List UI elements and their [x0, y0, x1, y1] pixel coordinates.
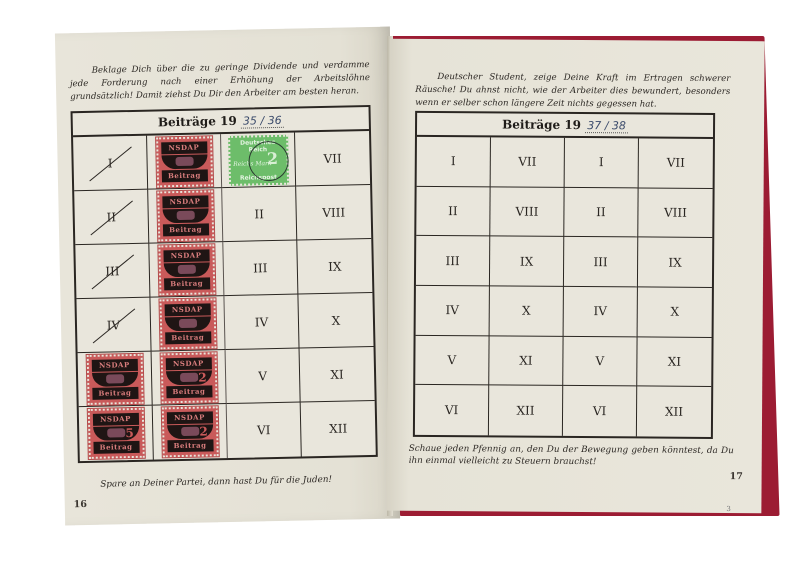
stamp-top-label: NSDAP [164, 303, 210, 316]
month-label: XI [668, 355, 681, 369]
month-cell: NSDAPBeitrag [78, 352, 153, 408]
stamp-value: 5 [125, 426, 134, 440]
nsdap-dues-stamp: NSDAPBeitrag5 [87, 408, 144, 459]
month-cell: I [565, 138, 639, 188]
month-cell: II [416, 187, 490, 237]
month-cell: III [75, 244, 150, 300]
stamp-cell: NSDAPBeitrag [150, 296, 225, 352]
page-number: 17 [730, 471, 743, 482]
month-label: V [448, 353, 457, 367]
month-label: I [599, 155, 604, 169]
month-label: II [448, 204, 458, 218]
month-label: III [445, 254, 459, 268]
month-label: VI [445, 403, 459, 417]
right-outro-text: Schaue jeden Pfennig an, den Du der Bewe… [409, 443, 734, 469]
stamp-top-label: NSDAP [166, 411, 212, 424]
contributions-grid: INSDAPBeitragDeutsches ReichReichs MarkR… [73, 131, 376, 461]
stamp-bottom-label: Beitrag [165, 331, 211, 344]
month-label: III [253, 261, 268, 275]
month-label: V [258, 369, 267, 383]
month-label: XII [329, 422, 347, 436]
month-label: X [522, 304, 531, 318]
month-label: X [670, 305, 679, 319]
month-label: III [593, 255, 607, 269]
stamp-top-label: NSDAP [165, 357, 211, 370]
stamp-cell: NSDAPBeitrag [147, 134, 222, 190]
month-cell: VI [563, 386, 637, 436]
stamp-eagle-icon [91, 371, 137, 386]
month-cell: XI [637, 337, 711, 387]
stamp-eagle-icon [161, 154, 207, 169]
nsdap-dues-stamp: NSDAPBeitrag [156, 136, 213, 187]
stamp-cell: NSDAPBeitrag [148, 188, 223, 244]
stamp-eagle-icon [164, 316, 210, 331]
month-cell: IV [564, 287, 638, 337]
stamp-eagle-icon [163, 262, 209, 277]
stamp-bottom-label: Beitrag [166, 385, 212, 398]
month-label: VIII [515, 205, 538, 219]
contributions-table-left: Beiträge 19 35 / 36 INSDAPBeitragDeutsch… [71, 105, 378, 463]
paid-slash-mark [93, 308, 136, 343]
left-page: Beklage Dich über die zu geringe Dividen… [55, 27, 400, 526]
month-cell: IV [76, 298, 151, 354]
month-cell: V [563, 337, 637, 387]
month-cell: II [74, 190, 149, 246]
stamp-bottom-label: Beitrag [92, 386, 138, 399]
month-label: IX [520, 254, 533, 268]
month-cell: VI [415, 385, 489, 435]
month-cell: III [223, 241, 298, 297]
month-cell: IV [224, 295, 299, 351]
stamp-top-label: NSDAP [91, 358, 137, 371]
reichspost-stamp: Deutsches ReichReichs MarkReichspost2 [228, 134, 289, 185]
corner-mark: 3 [726, 505, 731, 513]
stamp-cell: NSDAPBeitrag2 [152, 350, 227, 406]
month-cell: IX [490, 237, 564, 287]
paid-slash-mark [92, 254, 135, 289]
month-cell: VIII [490, 187, 564, 237]
handwritten-year: 35 / 36 [241, 114, 284, 129]
month-cell: V [415, 336, 489, 386]
month-label: IV [255, 315, 269, 329]
nsdap-dues-stamp: NSDAPBeitrag2 [160, 352, 217, 403]
month-label: X [332, 313, 341, 327]
month-label: IX [668, 255, 681, 269]
month-cell: II [564, 188, 638, 238]
stamp-bottom-label: Beitrag [161, 169, 207, 182]
month-label: II [596, 205, 606, 219]
month-cell: IV [416, 286, 490, 336]
month-cell: IX [297, 239, 372, 295]
paid-slash-mark [90, 200, 133, 235]
left-outro-text: Spare an Deiner Partei, dann hast Du für… [100, 473, 380, 491]
stamp-top-label: NSDAP [162, 195, 208, 208]
month-label: XII [665, 405, 683, 419]
month-cell: I [73, 136, 148, 192]
month-cell: V [226, 349, 301, 405]
month-cell: XI [300, 347, 375, 403]
month-label: VIII [664, 206, 687, 220]
stamp-top-label: NSDAP [163, 249, 209, 262]
nsdap-dues-stamp: NSDAPBeitrag [157, 190, 214, 241]
right-page: Deutscher Student, zeige Deine Kraft im … [386, 39, 764, 514]
month-label: VI [257, 423, 271, 437]
stamp-value: 2 [198, 370, 207, 384]
month-cell: VII [491, 137, 565, 187]
stamp-value: 2 [199, 424, 208, 438]
stamp-bottom-label: Beitrag [167, 439, 213, 452]
month-cell: XII [637, 387, 711, 437]
month-cell: VIII [296, 185, 371, 241]
stamp-cell: NSDAPBeitrag [149, 242, 224, 298]
month-label: XII [516, 404, 534, 418]
month-cell: II [222, 187, 297, 243]
stamp-top-label: NSDAP [161, 141, 207, 154]
month-label: VI [593, 404, 607, 418]
left-intro-text: Beklage Dich über die zu geringe Dividen… [70, 59, 371, 104]
month-cell: Deutsches ReichReichs MarkReichspost2 [221, 133, 296, 189]
nsdap-dues-stamp: NSDAPBeitrag [159, 298, 216, 349]
month-cell: X [298, 293, 373, 349]
nsdap-dues-stamp: NSDAPBeitrag2 [161, 406, 218, 457]
stamp-top-label: NSDAP [92, 413, 138, 426]
contributions-table-right: Beiträge 19 37 / 38 IVIIIVIIIIVIIIIIVIII… [413, 111, 715, 439]
paid-slash-mark [89, 146, 132, 181]
nsdap-dues-stamp: NSDAPBeitrag [158, 244, 215, 295]
month-cell: XII [301, 401, 376, 457]
stamp-cell: NSDAPBeitrag2 [153, 404, 228, 460]
month-label: VII [518, 155, 536, 169]
stamp-bottom-label: Beitrag [162, 223, 208, 236]
month-cell: VII [295, 131, 370, 187]
stamp-bottom-label: Beitrag [93, 441, 139, 454]
month-label: VII [667, 156, 685, 170]
month-cell: XI [489, 336, 563, 386]
month-label: II [254, 207, 264, 221]
month-cell: IX [638, 238, 712, 288]
month-label: XI [330, 367, 344, 381]
month-label: VIII [322, 205, 345, 219]
nsdap-dues-stamp: NSDAPBeitrag [86, 353, 143, 404]
month-cell: VIII [638, 188, 712, 238]
month-cell: III [564, 237, 638, 287]
month-label: IV [594, 304, 608, 318]
right-intro-text: Deutscher Student, zeige Deine Kraft im … [415, 71, 730, 112]
month-label: IX [328, 259, 342, 273]
handwritten-year: 37 / 38 [585, 119, 628, 133]
stamp-eagle-icon [162, 208, 208, 223]
month-label: VII [323, 151, 341, 165]
month-cell: X [490, 286, 564, 336]
month-cell: NSDAPBeitrag5 [79, 406, 154, 462]
month-cell: XII [489, 386, 563, 436]
month-label: V [596, 354, 605, 368]
month-label: XI [519, 354, 532, 368]
contributions-grid: IVIIIVIIIIVIIIIIVIIIIIIIXIIIIXIVXIVXVXIV… [415, 137, 713, 437]
month-label: IV [446, 303, 460, 317]
page-number: 16 [74, 499, 87, 510]
month-cell: III [416, 236, 490, 286]
postmark-icon [248, 140, 289, 181]
month-cell: VII [639, 138, 713, 188]
month-cell: VI [227, 402, 302, 458]
month-cell: I [417, 137, 491, 187]
month-label: I [451, 154, 456, 168]
month-cell: X [638, 287, 712, 337]
table-title: Beiträge 19 37 / 38 [417, 113, 713, 139]
stamp-bottom-label: Beitrag [164, 277, 210, 290]
